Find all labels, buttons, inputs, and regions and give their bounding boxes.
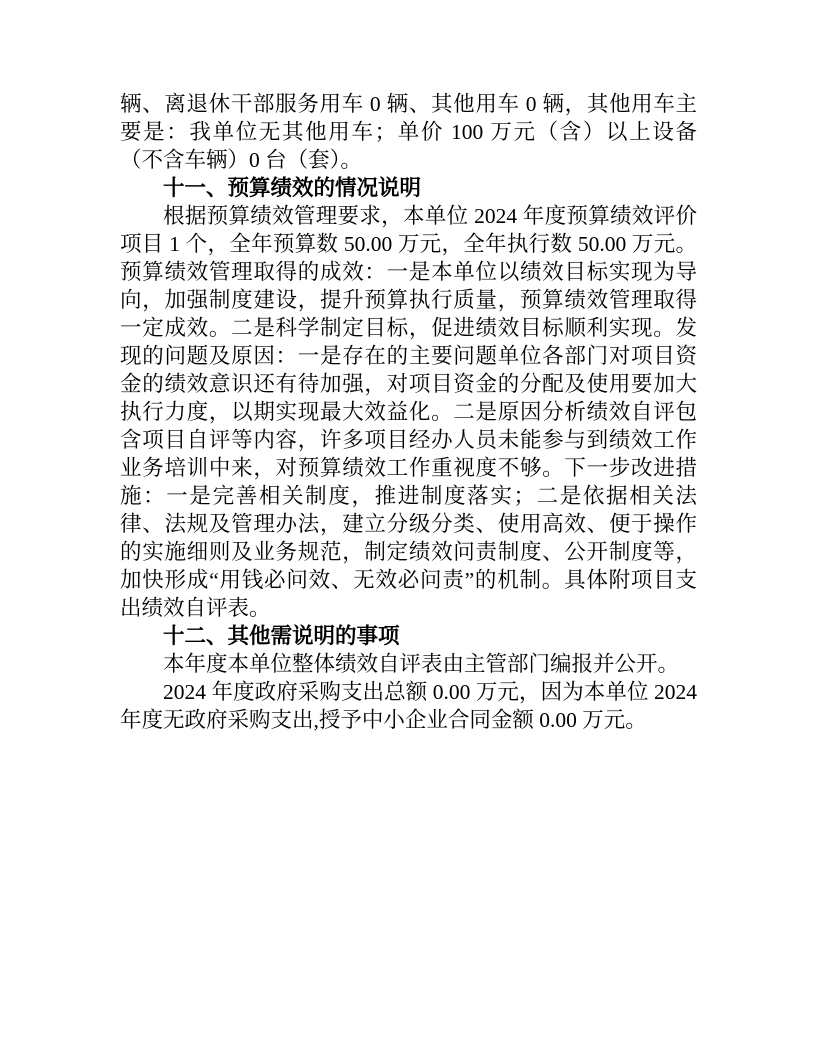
heading-section-11-budget-performance: 十一、预算绩效的情况说明	[120, 174, 697, 202]
paragraph-budget-performance-details: 根据预算绩效管理要求，本单位 2024 年度预算绩效评价项目 1 个，全年预算数…	[120, 202, 697, 622]
heading-section-12-other-matters: 十二、其他需说明的事项	[120, 622, 697, 650]
document-body: 辆、离退休干部服务用车 0 辆、其他用车 0 辆，其他用车主要是：我单位无其他用…	[120, 90, 697, 734]
document-page: 辆、离退休干部服务用车 0 辆、其他用车 0 辆，其他用车主要是：我单位无其他用…	[0, 0, 816, 1056]
paragraph-vehicles-equipment-continuation: 辆、离退休干部服务用车 0 辆、其他用车 0 辆，其他用车主要是：我单位无其他用…	[120, 90, 697, 174]
paragraph-self-evaluation-disclosure: 本年度本单位整体绩效自评表由主管部门编报并公开。	[120, 650, 697, 678]
paragraph-government-procurement: 2024 年度政府采购支出总额 0.00 万元，因为本单位 2024 年度无政府…	[120, 678, 697, 734]
